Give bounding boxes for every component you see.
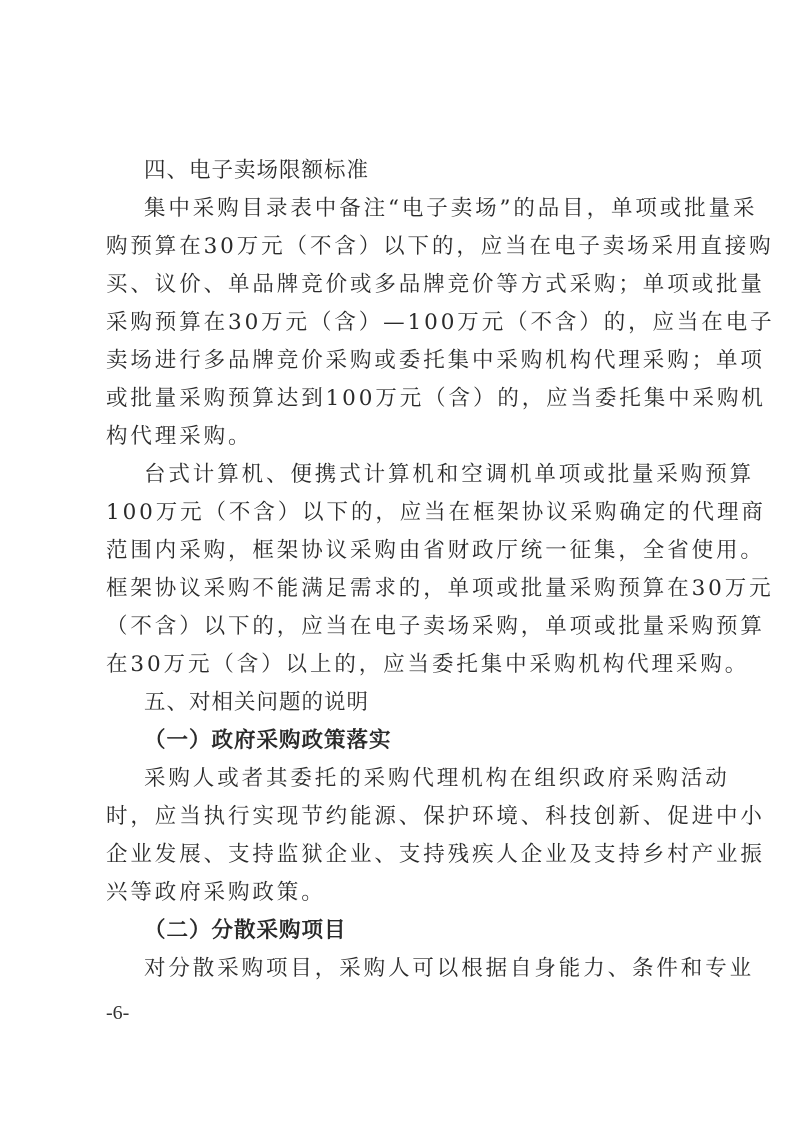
text-line: 卖场进行多品牌竞价采购或委托集中采购机构代理采购；单项 xyxy=(106,342,694,380)
text-line: 范围内采购，框架协议采购由省财政厅统一征集，全省使用。 xyxy=(106,532,694,570)
text-line: 集中采购目录表中备注“电子卖场”的品目，单项或批量采 xyxy=(106,190,694,228)
heading-electronic-mall-limits: 四、电子卖场限额标准 xyxy=(106,152,694,190)
text-line: 采购人或者其委托的采购代理机构在组织政府采购活动 xyxy=(106,760,694,798)
text-line: 购预算在30万元（不含）以下的，应当在电子卖场采用直接购 xyxy=(106,228,694,266)
text-line: 买、议价、单品牌竞价或多品牌竞价等方式采购；单项或批量 xyxy=(106,266,694,304)
document-page: 四、电子卖场限额标准 集中采购目录表中备注“电子卖场”的品目，单项或批量采 购预… xyxy=(106,152,694,988)
paragraph-framework-agreement: 台式计算机、便携式计算机和空调机单项或批量采购预算 100万元（不含）以下的，应… xyxy=(106,456,694,684)
text-line: 兴等政府采购政策。 xyxy=(106,874,694,912)
text-line: 框架协议采购不能满足需求的，单项或批量采购预算在30万元 xyxy=(106,570,694,608)
text-line: 在30万元（含）以上的，应当委托集中采购机构代理采购。 xyxy=(106,646,694,684)
text-line: 100万元（不含）以下的，应当在框架协议采购确定的代理商 xyxy=(106,494,694,532)
text-line: 企业发展、支持监狱企业、支持残疾人企业及支持乡村产业振 xyxy=(106,836,694,874)
subsection-heading-2: （二）分散采购项目 xyxy=(106,912,694,950)
section-heading-5: 五、对相关问题的说明 xyxy=(106,684,694,722)
text-line: 构代理采购。 xyxy=(106,418,694,456)
heading-decentralized-procurement: （二）分散采购项目 xyxy=(106,912,694,950)
paragraph-electronic-mall: 集中采购目录表中备注“电子卖场”的品目，单项或批量采 购预算在30万元（不含）以… xyxy=(106,190,694,456)
text-line: 采购预算在30万元（含）—100万元（不含）的，应当在电子 xyxy=(106,304,694,342)
text-line: 对分散采购项目，采购人可以根据自身能力、条件和专业 xyxy=(106,950,694,988)
page-number: -6- xyxy=(106,1002,129,1025)
text-line: 时，应当执行实现节约能源、保护环境、科技创新、促进中小 xyxy=(106,798,694,836)
text-line: （不含）以下的，应当在电子卖场采购，单项或批量采购预算 xyxy=(106,608,694,646)
subsection-heading-1: （一）政府采购政策落实 xyxy=(106,722,694,760)
paragraph-policy: 采购人或者其委托的采购代理机构在组织政府采购活动 时，应当执行实现节约能源、保护… xyxy=(106,760,694,912)
text-line: 或批量采购预算达到100万元（含）的，应当委托集中采购机 xyxy=(106,380,694,418)
paragraph-decentralized: 对分散采购项目，采购人可以根据自身能力、条件和专业 xyxy=(106,950,694,988)
heading-related-issues: 五、对相关问题的说明 xyxy=(106,684,694,722)
heading-policy-implementation: （一）政府采购政策落实 xyxy=(106,722,694,760)
text-line: 台式计算机、便携式计算机和空调机单项或批量采购预算 xyxy=(106,456,694,494)
section-heading-4: 四、电子卖场限额标准 xyxy=(106,152,694,190)
